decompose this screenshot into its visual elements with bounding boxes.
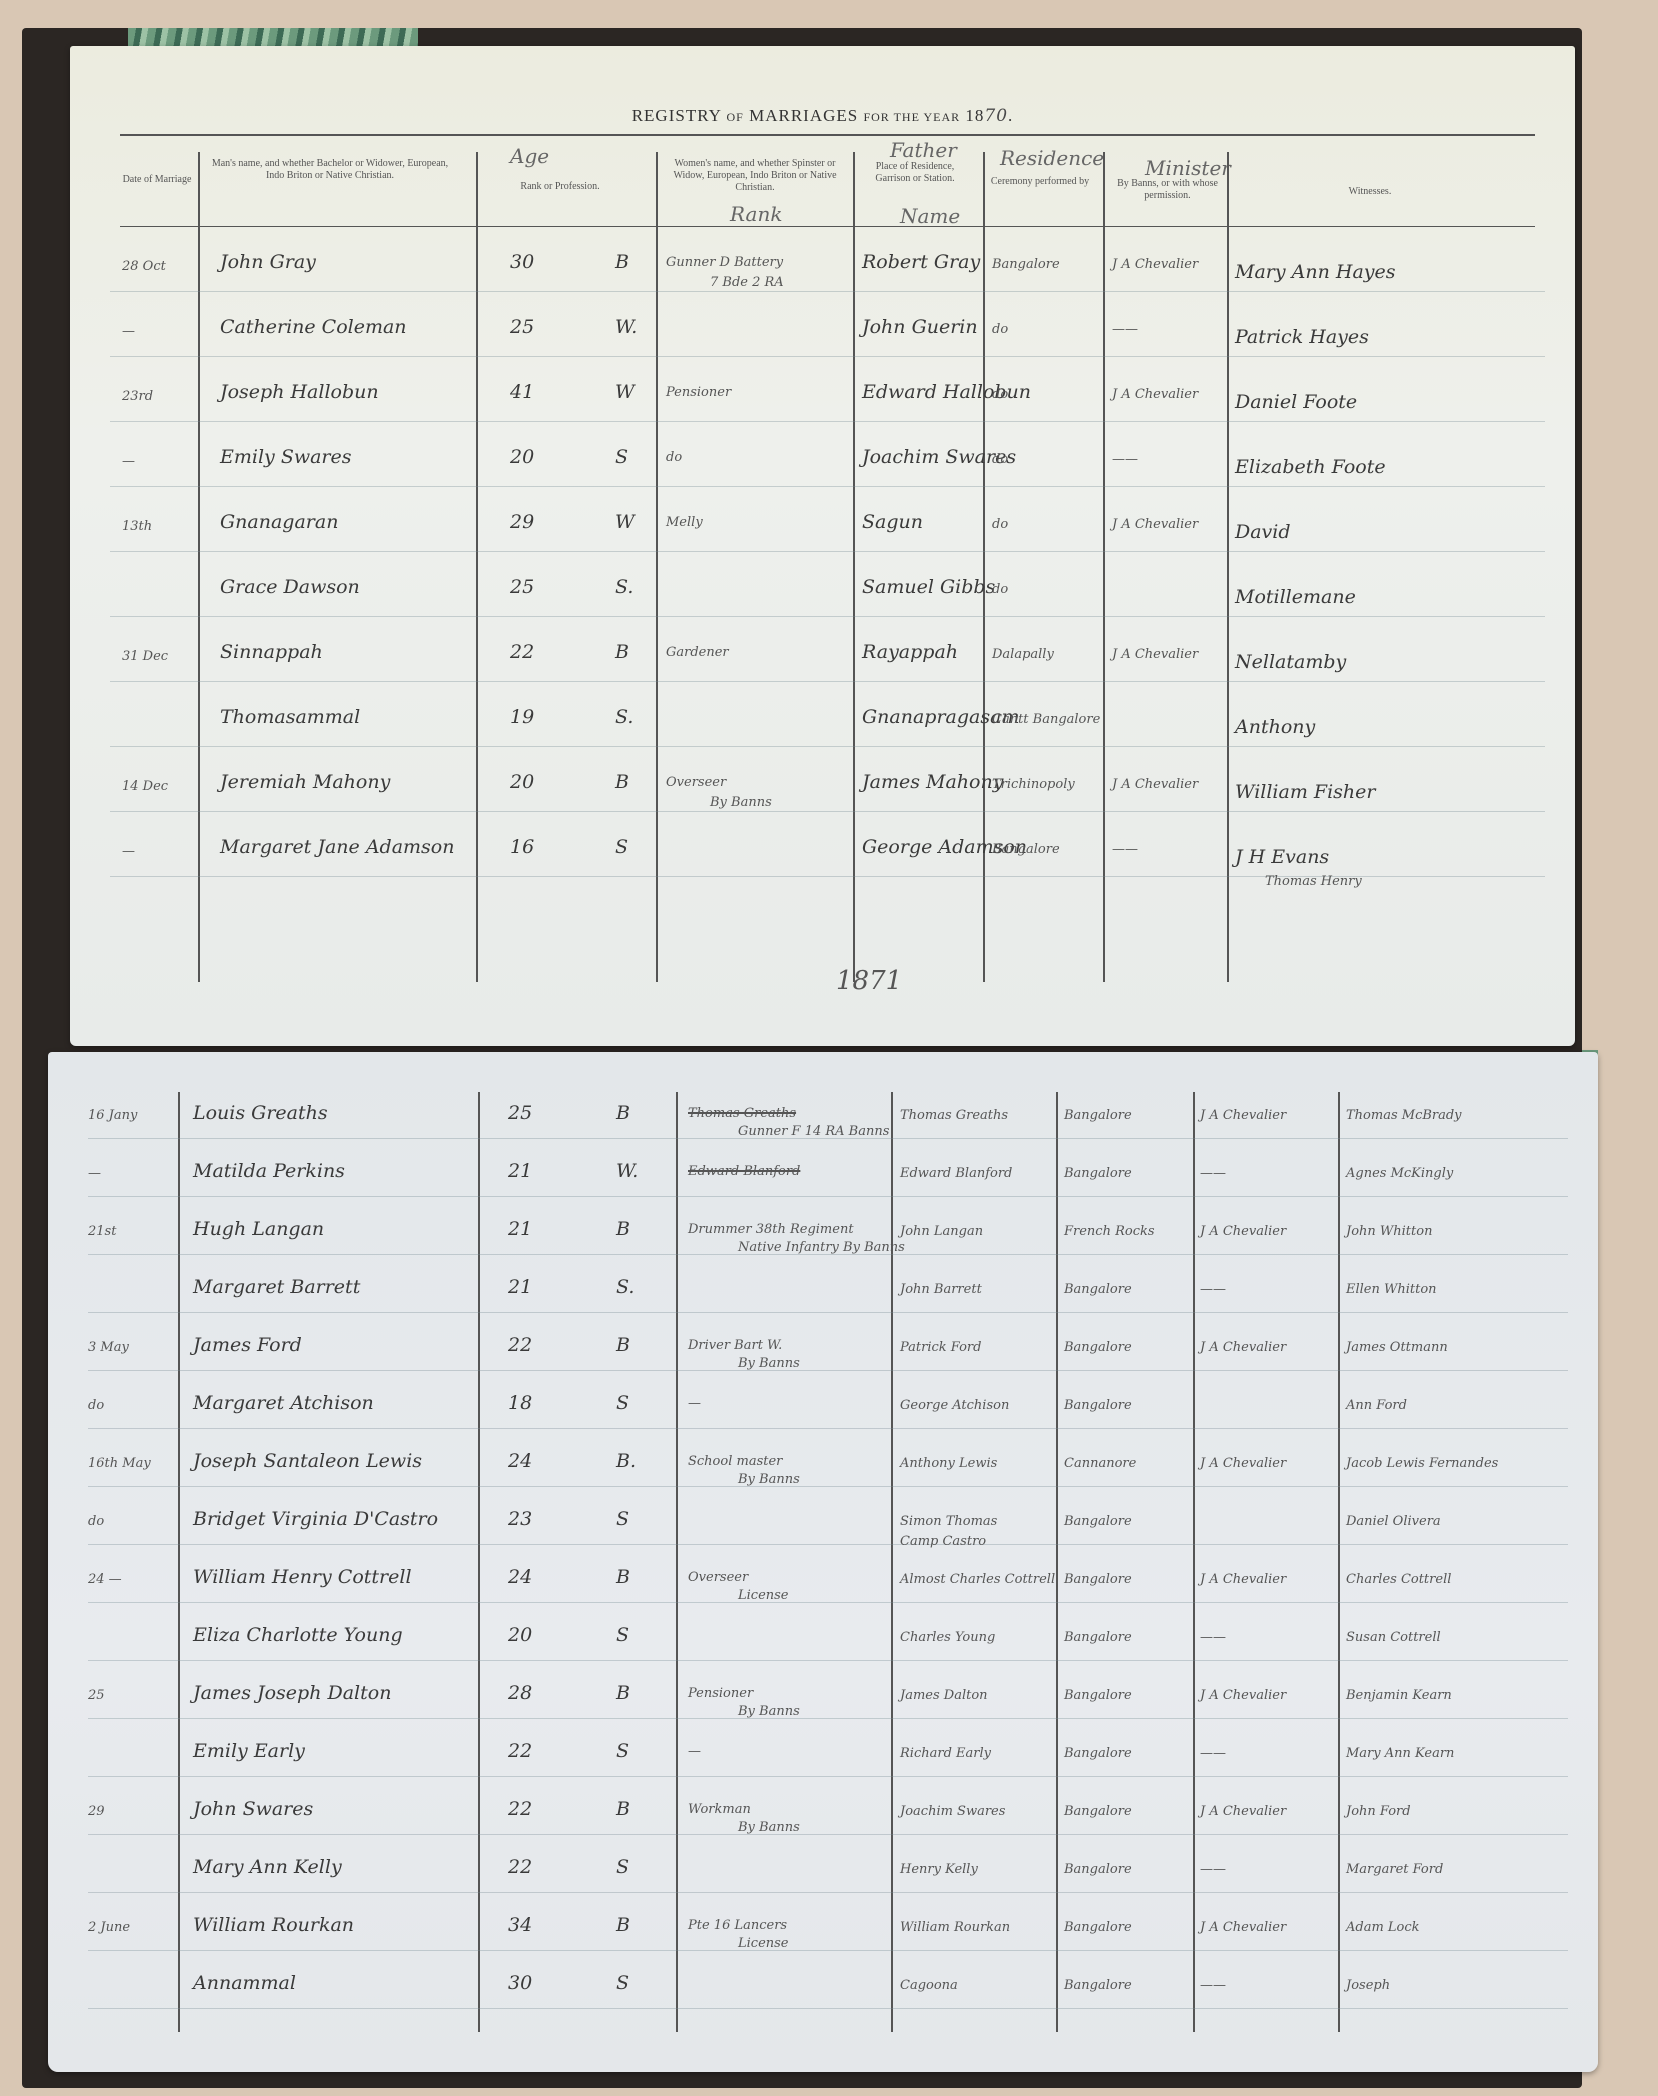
- name-cell: Sinnappah: [220, 641, 323, 663]
- residence-cell: Trichinopoly: [992, 777, 1075, 792]
- column-divider: [1056, 1092, 1058, 2032]
- witness-cell: Anthony: [1235, 716, 1315, 738]
- status-cell: B: [615, 771, 629, 793]
- minister-cell: J A Chevalier: [1112, 517, 1198, 532]
- age-cell: 25: [510, 316, 534, 338]
- minister-cell: ——: [1112, 842, 1138, 857]
- name-cell: John Swares: [193, 1798, 313, 1820]
- name-cell: James Ford: [193, 1334, 302, 1356]
- age-cell: 18: [508, 1392, 532, 1414]
- header-rule-top: [120, 134, 1535, 136]
- status-cell: S: [615, 836, 628, 858]
- name-cell: John Gray: [220, 251, 316, 273]
- rank-note-cell: By Banns: [738, 1356, 800, 1371]
- col-header-witnesses: Witnesses.: [1270, 186, 1470, 198]
- name-cell: Eliza Charlotte Young: [193, 1624, 403, 1646]
- status-cell: S: [616, 1392, 629, 1414]
- name-cell: Emily Swares: [220, 446, 352, 468]
- column-divider: [1227, 152, 1229, 982]
- column-divider: [178, 1092, 180, 2032]
- name-cell: William Rourkan: [193, 1914, 354, 1936]
- father-cell: Charles Young: [900, 1630, 995, 1645]
- name-cell: Emily Early: [193, 1740, 305, 1762]
- column-divider: [853, 152, 855, 982]
- minister-cell: ——: [1200, 1282, 1226, 1297]
- date-cell: 24 —: [88, 1572, 122, 1587]
- ruled-line: [88, 1602, 1568, 1603]
- minister-cell: J A Chevalier: [1200, 1920, 1286, 1935]
- residence-cell: Bangalore: [1064, 1804, 1132, 1819]
- rank-note-cell: By Banns: [738, 1820, 800, 1835]
- father-cell: Joachim Swares: [900, 1804, 1005, 1819]
- hand-annotation-minister: Minister: [1145, 156, 1231, 180]
- father-cell: James Dalton: [900, 1688, 988, 1703]
- residence-cell: do: [992, 582, 1008, 597]
- title-registry: REGISTRY: [632, 106, 722, 125]
- column-divider: [1193, 1092, 1195, 2032]
- date-cell: 21st: [88, 1224, 116, 1239]
- ruled-line: [110, 811, 1545, 812]
- rank-note-cell: License: [738, 1588, 789, 1603]
- name-cell: William Henry Cottrell: [193, 1566, 412, 1588]
- residence-cell: do: [992, 517, 1008, 532]
- rank-note-cell: Gunner F 14 RA Banns: [738, 1124, 889, 1139]
- ruled-line: [88, 1486, 1568, 1487]
- col-header-ceremony: Ceremony performed by: [985, 176, 1095, 188]
- witness-cell: Mary Ann Kearn: [1346, 1746, 1454, 1761]
- residence-cell: Bangalore: [1064, 1688, 1132, 1703]
- hand-annotation-rank: Rank: [730, 202, 782, 226]
- ruled-line: [110, 746, 1545, 747]
- age-cell: 21: [508, 1276, 532, 1298]
- date-cell: —: [88, 1166, 101, 1181]
- minister-cell: J A Chevalier: [1112, 387, 1198, 402]
- ruled-line: [88, 1834, 1568, 1835]
- ruled-line: [88, 1776, 1568, 1777]
- rank-cell: Melly: [666, 515, 703, 530]
- father-cell: John Langan: [900, 1224, 983, 1239]
- status-cell: S: [616, 1508, 629, 1530]
- age-cell: 22: [508, 1798, 532, 1820]
- date-cell: 14 Dec: [122, 779, 168, 794]
- minister-cell: J A Chevalier: [1112, 777, 1198, 792]
- minister-cell: J A Chevalier: [1200, 1688, 1286, 1703]
- witness-cell: Jacob Lewis Fernandes: [1346, 1456, 1498, 1471]
- column-divider: [478, 1092, 480, 2032]
- date-cell: 16th May: [88, 1456, 151, 1471]
- age-cell: 22: [508, 1740, 532, 1762]
- minister-cell: J A Chevalier: [1200, 1572, 1286, 1587]
- date-cell: 31 Dec: [122, 649, 168, 664]
- witness-cell: Margaret Ford: [1346, 1862, 1443, 1877]
- title-for-year: FOR THE YEAR: [863, 110, 960, 124]
- col-header-banns: By Banns, or with whose permission.: [1110, 178, 1225, 202]
- date-cell: 13th: [122, 519, 152, 534]
- witness-cell: Nellatamby: [1235, 651, 1346, 673]
- rank-cell: Overseer: [666, 775, 726, 790]
- residence-cell: Cantt Bangalore: [992, 712, 1100, 727]
- father-cell: John Barrett: [900, 1282, 982, 1297]
- rank-note-cell: Native Infantry By Banns: [738, 1240, 905, 1255]
- rank-cell: Pensioner: [666, 385, 731, 400]
- minister-cell: ——: [1200, 1862, 1226, 1877]
- witness-cell: Thomas McBrady: [1346, 1108, 1462, 1123]
- father-cell: John Guerin: [862, 316, 978, 338]
- status-cell: S.: [616, 1276, 634, 1298]
- witness-cell: Patrick Hayes: [1235, 326, 1369, 348]
- age-cell: 19: [510, 706, 534, 728]
- date-cell: 29: [88, 1804, 105, 1819]
- column-divider: [656, 152, 658, 982]
- residence-cell: Dalapally: [992, 647, 1054, 662]
- status-cell: B: [616, 1102, 630, 1124]
- residence-cell: Bangalore: [1064, 1514, 1132, 1529]
- registry-page-top: REGISTRY OF MARRIAGES FOR THE YEAR 1870.…: [70, 46, 1575, 1046]
- witness-cell: Elizabeth Foote: [1235, 456, 1386, 478]
- witness-cell: Benjamin Kearn: [1346, 1688, 1452, 1703]
- ruled-line: [88, 1544, 1568, 1545]
- witness-cell: William Fisher: [1235, 781, 1375, 803]
- rank-cell: Pensioner: [688, 1686, 753, 1701]
- column-divider: [676, 1092, 678, 2032]
- column-divider: [1338, 1092, 1340, 2032]
- age-cell: 21: [508, 1160, 532, 1182]
- column-divider: [476, 152, 478, 982]
- rank-cell: Overseer: [688, 1570, 748, 1585]
- status-cell: B: [616, 1334, 630, 1356]
- col-header-rank: Rank or Profession.: [470, 181, 650, 193]
- ruled-line: [88, 1950, 1568, 1951]
- minister-cell: J A Chevalier: [1112, 257, 1198, 272]
- minister-cell: J A Chevalier: [1200, 1108, 1286, 1123]
- date-cell: 2 June: [88, 1920, 130, 1935]
- father-cell: Thomas Greaths: [900, 1108, 1008, 1123]
- witness-cell: James Ottmann: [1346, 1340, 1448, 1355]
- column-divider: [891, 1092, 893, 2032]
- ruled-line: [110, 486, 1545, 487]
- ruled-line: [110, 421, 1545, 422]
- hand-annotation-father: Father: [890, 138, 957, 162]
- father-cell: Rayappah: [862, 641, 958, 663]
- status-cell: B: [616, 1566, 630, 1588]
- date-cell: 25: [88, 1688, 105, 1703]
- column-divider: [1103, 152, 1105, 982]
- status-cell: W.: [615, 316, 637, 338]
- witness-cell: Charles Cottrell: [1346, 1572, 1451, 1587]
- witness-cell: John Whitton: [1346, 1224, 1432, 1239]
- age-cell: 30: [508, 1972, 532, 1994]
- residence-cell: Bangalore: [1064, 1572, 1132, 1587]
- father-cell: George Atchison: [900, 1398, 1009, 1413]
- witness-cell: Adam Lock: [1346, 1920, 1420, 1935]
- father-cell: Anthony Lewis: [900, 1456, 997, 1471]
- age-cell: 24: [508, 1566, 532, 1588]
- witness-cell: Agnes McKingly: [1346, 1166, 1453, 1181]
- name-cell: Hugh Langan: [193, 1218, 324, 1240]
- status-cell: B.: [616, 1450, 636, 1472]
- age-cell: 20: [508, 1624, 532, 1646]
- hand-annotation-age: Age: [510, 144, 549, 168]
- witness-cell: Susan Cottrell: [1346, 1630, 1441, 1645]
- rank-cell: Drummer 38th Regiment: [688, 1222, 854, 1237]
- father-cell: Richard Early: [900, 1746, 991, 1761]
- hand-annotation-name: Name: [900, 204, 960, 228]
- residence-cell: Bangalore: [1064, 1166, 1132, 1181]
- status-cell: S: [615, 446, 628, 468]
- status-cell: B: [616, 1682, 630, 1704]
- residence-cell: Bangalore: [1064, 1398, 1132, 1413]
- father-cell: William Rourkan: [900, 1920, 1010, 1935]
- rank-cell: Gunner D Battery: [666, 255, 783, 270]
- minister-cell: ——: [1200, 1166, 1226, 1181]
- minister-cell: ——: [1200, 1746, 1226, 1761]
- father-cell: Simon Thomas: [900, 1514, 997, 1529]
- age-cell: 30: [510, 251, 534, 273]
- rank-note-cell: 7 Bde 2 RA: [710, 275, 784, 290]
- name-cell: Bridget Virginia D'Castro: [193, 1508, 438, 1530]
- year-handwritten: 70: [984, 106, 1008, 126]
- witness-cell: Ellen Whitton: [1346, 1282, 1437, 1297]
- col-header-man: Man's name, and whether Bachelor or Wido…: [205, 158, 455, 182]
- residence-cell: do: [992, 387, 1008, 402]
- name-cell: Jeremiah Mahony: [220, 771, 390, 793]
- rank-note-cell: By Banns: [710, 795, 772, 810]
- name-cell: Catherine Coleman: [220, 316, 407, 338]
- ruled-line: [88, 1892, 1568, 1893]
- residence-cell: Bangalore: [1064, 1282, 1132, 1297]
- age-cell: 29: [510, 511, 534, 533]
- date-cell: 16 Jany: [88, 1108, 137, 1123]
- minister-cell: J A Chevalier: [1200, 1340, 1286, 1355]
- title-of: OF: [727, 110, 744, 124]
- rank-note-cell: By Banns: [738, 1704, 800, 1719]
- minister-cell: ——: [1112, 452, 1138, 467]
- age-cell: 34: [508, 1914, 532, 1936]
- witness-cell: Daniel Foote: [1235, 391, 1357, 413]
- name-cell: Matilda Perkins: [193, 1160, 345, 1182]
- age-cell: 20: [510, 446, 534, 468]
- residence-cell: Bangalore: [1064, 1862, 1132, 1877]
- age-cell: 16: [510, 836, 534, 858]
- page-title: REGISTRY OF MARRIAGES FOR THE YEAR 1870.: [70, 106, 1575, 126]
- ruled-line: [110, 291, 1545, 292]
- witness-cell: Mary Ann Hayes: [1235, 261, 1396, 283]
- rank-cell: —: [688, 1744, 701, 1759]
- minister-cell: J A Chevalier: [1200, 1456, 1286, 1471]
- status-cell: W: [615, 511, 635, 533]
- ruled-line: [110, 356, 1545, 357]
- residence-cell: do: [992, 452, 1008, 467]
- father-cell: James Mahony: [862, 771, 1003, 793]
- residence-cell: Bangalore: [1064, 1920, 1132, 1935]
- status-cell: B: [616, 1798, 630, 1820]
- residence-cell: do: [992, 322, 1008, 337]
- ruled-line: [110, 551, 1545, 552]
- name-cell: Thomasammal: [220, 706, 360, 728]
- witness-cell: Motillemane: [1235, 586, 1356, 608]
- rank-cell: Edward Blanford: [688, 1164, 800, 1179]
- rank-cell: do: [666, 450, 682, 465]
- residence-cell: Bangalore: [992, 257, 1060, 272]
- age-cell: 28: [508, 1682, 532, 1704]
- residence-cell: Bangalore: [992, 842, 1060, 857]
- minister-cell: ——: [1200, 1630, 1226, 1645]
- name-cell: Mary Ann Kelly: [193, 1856, 342, 1878]
- witness-cell: Ann Ford: [1346, 1398, 1407, 1413]
- residence-cell: Bangalore: [1064, 1746, 1132, 1761]
- rank-cell: Thomas Greaths: [688, 1106, 796, 1121]
- rank-cell: School master: [688, 1454, 782, 1469]
- father-cell: Henry Kelly: [900, 1862, 978, 1877]
- residence-cell: Bangalore: [1064, 1340, 1132, 1355]
- name-cell: Grace Dawson: [220, 576, 360, 598]
- date-cell: do: [88, 1398, 104, 1413]
- minister-cell: J A Chevalier: [1200, 1804, 1286, 1819]
- witness-cell: Daniel Olivera: [1346, 1514, 1441, 1529]
- name-cell: Joseph Santaleon Lewis: [193, 1450, 422, 1472]
- title-marriages: MARRIAGES: [749, 106, 858, 125]
- name-cell: Annammal: [193, 1972, 296, 1994]
- status-cell: B: [616, 1218, 630, 1240]
- rank-cell: Driver Bart W.: [688, 1338, 782, 1353]
- minister-cell: J A Chevalier: [1112, 647, 1198, 662]
- status-cell: W.: [616, 1160, 638, 1182]
- age-cell: 22: [508, 1334, 532, 1356]
- date-cell: —: [122, 844, 135, 859]
- status-cell: S: [616, 1856, 629, 1878]
- age-cell: 41: [510, 381, 534, 403]
- status-cell: B: [615, 641, 629, 663]
- status-cell: W: [615, 381, 635, 403]
- ruled-line: [88, 1660, 1568, 1661]
- column-divider: [198, 152, 200, 982]
- name-cell: Gnanagaran: [220, 511, 338, 533]
- father-cell: Patrick Ford: [900, 1340, 981, 1355]
- date-cell: 28 Oct: [122, 259, 166, 274]
- ruled-line: [88, 1718, 1568, 1719]
- col-header-date: Date of Marriage: [122, 174, 192, 186]
- witness-cell: J H Evans: [1235, 846, 1329, 868]
- page-year-marker: 1871: [836, 966, 902, 996]
- residence-cell: Bangalore: [1064, 1630, 1132, 1645]
- rank-note-cell: License: [738, 1936, 789, 1951]
- name-cell: Louis Greaths: [193, 1102, 328, 1124]
- status-cell: S: [616, 1972, 629, 1994]
- residence-cell: Bangalore: [1064, 1108, 1132, 1123]
- rank-cell: Gardener: [666, 645, 729, 660]
- date-cell: 23rd: [122, 389, 153, 404]
- col-header-woman: Women's name, and whether Spinster or Wi…: [660, 158, 850, 194]
- age-cell: 21: [508, 1218, 532, 1240]
- minister-cell: ——: [1200, 1978, 1226, 1993]
- father-cell: Almost Charles Cottrell: [900, 1572, 1055, 1587]
- age-cell: 25: [510, 576, 534, 598]
- ruled-line: [88, 2008, 1568, 2009]
- col-header-residence: Place of Residence, Garrison or Station.: [860, 161, 970, 185]
- status-cell: B: [615, 251, 629, 273]
- header-rule-bottom: [120, 226, 1535, 227]
- father-cell: Camp Castro: [900, 1534, 986, 1549]
- hand-annotation-residence: Residence: [1000, 146, 1104, 170]
- age-cell: 22: [508, 1856, 532, 1878]
- minister-cell: ——: [1112, 322, 1138, 337]
- ruled-line: [88, 1312, 1568, 1313]
- ruled-line: [110, 681, 1545, 682]
- age-cell: 25: [508, 1102, 532, 1124]
- witness-cell: David: [1235, 521, 1291, 543]
- father-cell: Edward Blanford: [900, 1166, 1012, 1181]
- father-cell: Sagun: [862, 511, 923, 533]
- ruled-line: [88, 1196, 1568, 1197]
- witness-cell: Joseph: [1346, 1978, 1390, 1993]
- residence-cell: Cannanore: [1064, 1456, 1136, 1471]
- name-cell: Margaret Atchison: [193, 1392, 374, 1414]
- name-cell: Margaret Barrett: [193, 1276, 360, 1298]
- father-cell: Robert Gray: [862, 251, 980, 273]
- residence-cell: Bangalore: [1064, 1978, 1132, 1993]
- date-cell: do: [88, 1514, 104, 1529]
- rank-note-cell: By Banns: [738, 1472, 800, 1487]
- name-cell: Margaret Jane Adamson: [220, 836, 454, 858]
- rank-cell: Workman: [688, 1802, 751, 1817]
- ruled-line: [88, 1428, 1568, 1429]
- age-cell: 24: [508, 1450, 532, 1472]
- witness-cell: John Ford: [1346, 1804, 1411, 1819]
- witness-cell: Thomas Henry: [1265, 874, 1362, 889]
- status-cell: S: [616, 1740, 629, 1762]
- minister-cell: J A Chevalier: [1200, 1224, 1286, 1239]
- ruled-line: [110, 616, 1545, 617]
- ruled-line: [88, 1370, 1568, 1371]
- residence-cell: French Rocks: [1064, 1224, 1155, 1239]
- age-cell: 22: [510, 641, 534, 663]
- father-cell: Samuel Gibbs: [862, 576, 995, 598]
- age-cell: 20: [510, 771, 534, 793]
- rank-cell: Pte 16 Lancers: [688, 1918, 787, 1933]
- status-cell: S: [616, 1624, 629, 1646]
- date-cell: —: [122, 454, 135, 469]
- date-cell: 3 May: [88, 1340, 129, 1355]
- age-cell: 23: [508, 1508, 532, 1530]
- registry-page-bottom: 16 JanyLouis Greaths25BThomas GreathsGun…: [48, 1052, 1598, 2072]
- status-cell: B: [616, 1914, 630, 1936]
- year-printed: 18: [965, 106, 984, 125]
- date-cell: —: [122, 324, 135, 339]
- status-cell: S.: [615, 576, 633, 598]
- rank-cell: —: [688, 1396, 701, 1411]
- status-cell: S.: [615, 706, 633, 728]
- name-cell: James Joseph Dalton: [193, 1682, 391, 1704]
- father-cell: Cagoona: [900, 1978, 958, 1993]
- name-cell: Joseph Hallobun: [220, 381, 379, 403]
